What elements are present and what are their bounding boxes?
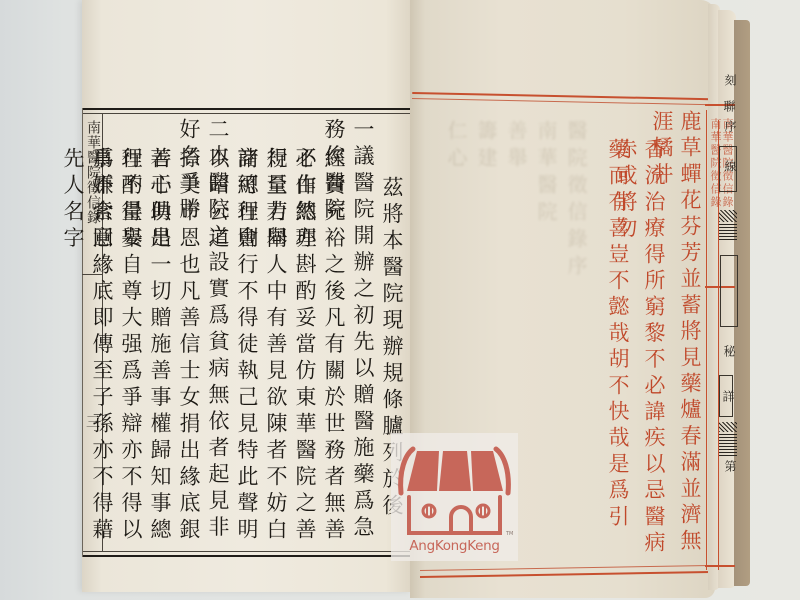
edge-illustration — [719, 422, 737, 432]
edge-label: 秘 — [721, 345, 738, 357]
edge-label: 序 — [722, 120, 739, 132]
edge-illustration — [719, 434, 737, 456]
book-photo: 南華醫院徵信錄 三 茲將本醫院現辦規條臚列於後 一議醫院開辦之初先以贈醫施藥爲急… — [0, 0, 800, 600]
edge-label: 詳 — [720, 390, 737, 402]
edge-red-rule — [705, 565, 735, 567]
left-page: 南華醫院徵信錄 三 茲將本醫院現辦規條臚列於後 一議醫院開辦之初先以贈醫施藥爲急… — [82, 0, 412, 592]
edge-label: 刻 — [722, 74, 739, 86]
right-text-columns: 鹿草蟬花芬芳並蓄將見藥爐春滿並濟無涯橘井 香流治療得所窮黎不必諱疾以忌醫病赤或將… — [594, 110, 704, 560]
edge-illustration — [719, 224, 737, 242]
text-column: 一議醫院開辦之初先以贈醫施藥爲急務俟醫院 — [348, 118, 377, 550]
top-border-rule-thin — [82, 113, 412, 114]
edge-label: 第 — [722, 460, 739, 472]
left-text-columns: 茲將本醫院現辦規條臚列於後 一議醫院開辦之初先以贈醫施藥爲急務俟醫院 經費充裕之… — [106, 118, 406, 550]
house-roof-icon — [391, 433, 518, 537]
red-bottom-rule-thin — [420, 565, 710, 571]
top-border-rule — [82, 108, 412, 110]
red-text-column: 鹿草蟬花芬芳並蓄將見藥爐春滿並濟無涯橘井 — [674, 110, 704, 560]
red-bottom-rule — [420, 571, 710, 578]
faded-column: 南華醫院 — [534, 120, 560, 540]
bottom-border-rule — [82, 555, 412, 557]
edge-illustration — [719, 210, 737, 222]
watermark-logo: AngKongKeng TM — [391, 433, 518, 561]
bottom-border-rule-thin — [82, 551, 412, 552]
edge-label: 聯 — [721, 100, 738, 112]
trademark-symbol: TM — [506, 531, 513, 537]
edge-label: 線 — [722, 160, 739, 172]
watermark-brand: AngKongKeng — [391, 538, 518, 554]
edge-frame — [720, 255, 738, 327]
faded-column: 醫院徵信錄序 — [564, 120, 590, 540]
